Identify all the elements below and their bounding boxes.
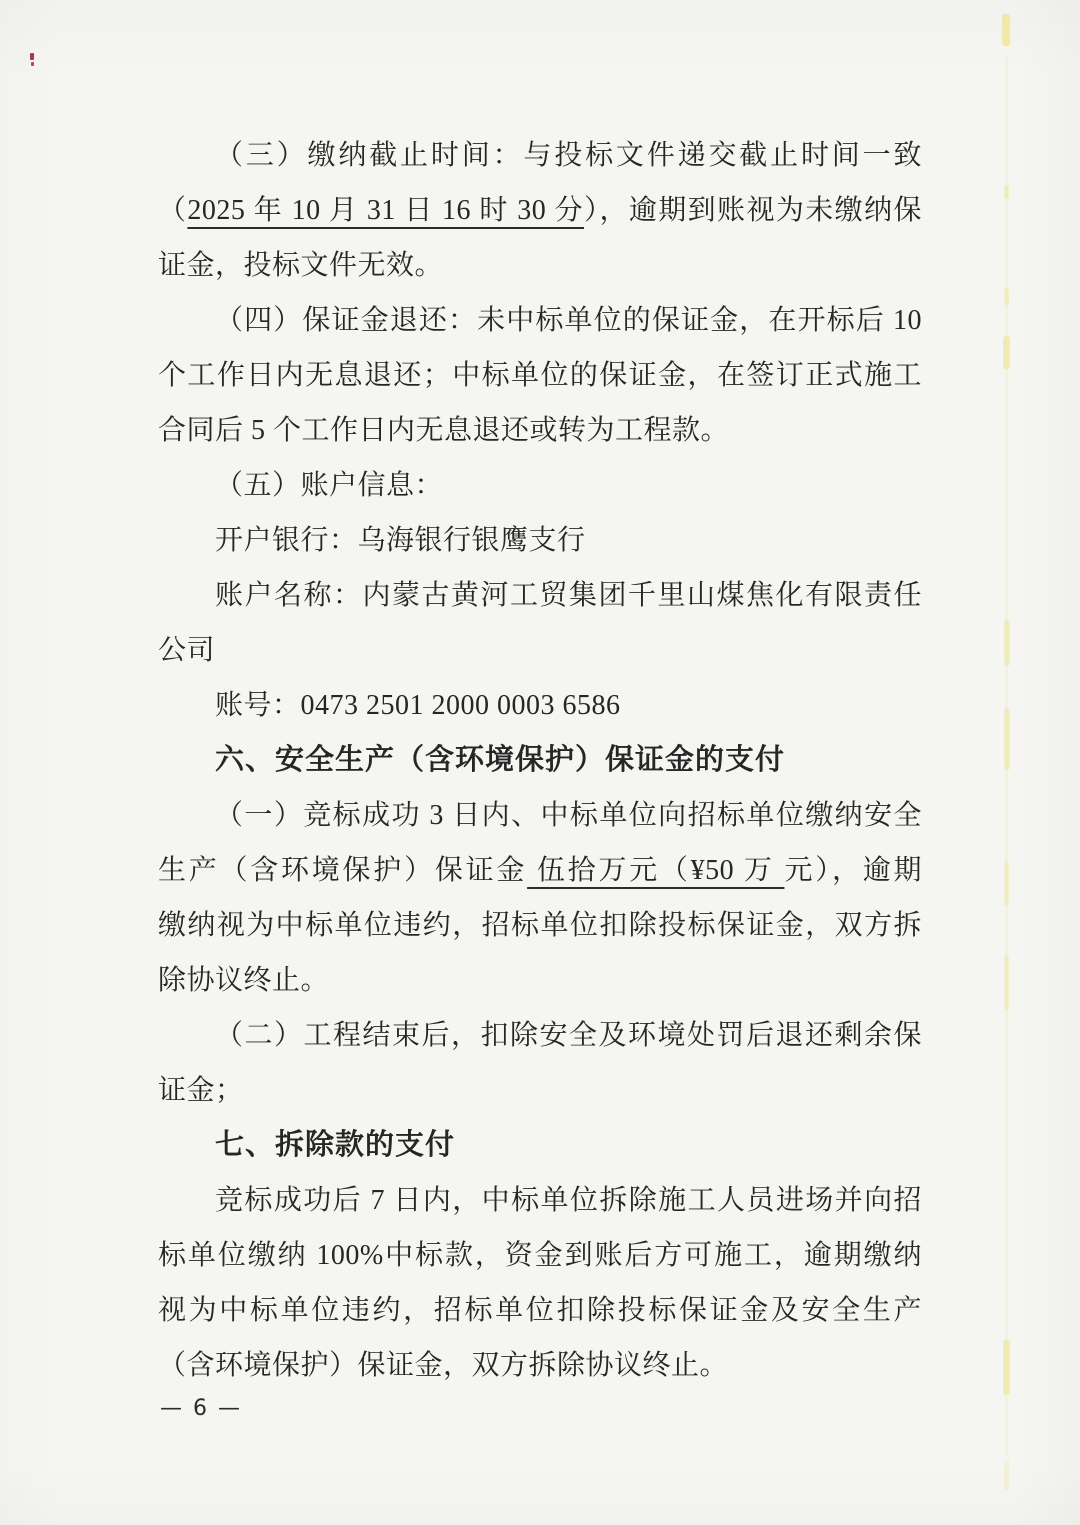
yellow-streak [1004, 708, 1010, 770]
yellow-streak [1005, 55, 1008, 1455]
heading-section-six: 六、安全生产（含环境保护）保证金的支付 [158, 733, 922, 788]
yellow-streak [1003, 336, 1010, 369]
yellow-streak [1004, 955, 1009, 1011]
text-line: 公司 [158, 623, 922, 678]
text-line: 除协议终止。 [158, 953, 922, 1008]
text-line: 证金； [158, 1063, 922, 1118]
account-number-line: 账号：0473 2501 2000 0003 6586 [158, 678, 922, 733]
text-line: 证金，投标文件无效。 [158, 238, 922, 293]
text-line: 生产（含环境保护）保证金 伍拾万元（¥50 万 元），逾期 [158, 843, 922, 898]
text-line: 缴纳视为中标单位违约，招标单位扣除投标保证金，双方拆 [158, 898, 922, 953]
text-line: 标单位缴纳 100%中标款，资金到账后方可施工，逾期缴纳 [158, 1228, 922, 1283]
text-line: （含环境保护）保证金，双方拆除协议终止。 [158, 1338, 922, 1393]
text-line: 个工作日内无息退还；中标单位的保证金，在签订正式施工 [158, 348, 922, 403]
yellow-streak [1004, 620, 1010, 666]
text-line: 账户名称：内蒙古黄河工贸集团千里山煤焦化有限责任 [158, 568, 922, 623]
heading-section-seven: 七、拆除款的支付 [158, 1118, 922, 1173]
yellow-streak [1004, 185, 1009, 199]
text-line: 开户银行：乌海银行银鹰支行 [158, 513, 922, 568]
text-segment: 元），逾期 [784, 855, 922, 886]
page-number: — 6 — [160, 1394, 242, 1424]
text-segment: ），逾期到账视为未缴纳保 [584, 195, 922, 226]
text-line: （2025 年 10 月 31 日 16 时 30 分），逾期到账视为未缴纳保 [158, 183, 922, 238]
document-body: （三）缴纳截止时间：与投标文件递交截止时间一致 （2025 年 10 月 31 … [158, 128, 922, 1393]
text-segment: （ [158, 195, 187, 226]
document-page: { "page": { "paper_color": "#f5f5f2", "i… [0, 0, 1080, 1525]
text-line: （一）竞标成功 3 日内、中标单位向招标单位缴纳安全 [158, 788, 922, 843]
text-line: （二）工程结束后，扣除安全及环境处罚后退还剩余保 [158, 1008, 922, 1063]
yellow-streak [1004, 1460, 1009, 1490]
text-line: （三）缴纳截止时间：与投标文件递交截止时间一致 [158, 128, 922, 183]
underline-date: 2025 年 10 月 31 日 16 时 30 分 [187, 195, 584, 226]
text-segment: 生产（含环境保护）保证金 [158, 855, 527, 886]
yellow-streak [1002, 14, 1010, 46]
yellow-streak [1004, 860, 1009, 906]
red-pen-mark [31, 62, 34, 66]
text-line: 视为中标单位违约，招标单位扣除投标保证金及安全生产 [158, 1283, 922, 1338]
text-line: （四）保证金退还：未中标单位的保证金，在开标后 10 [158, 293, 922, 348]
text-line: 竞标成功后 7 日内，中标单位拆除施工人员进场并向招 [158, 1173, 922, 1228]
text-line: （五）账户信息： [158, 458, 922, 513]
yellow-streak [1004, 288, 1009, 305]
red-pen-mark [30, 53, 34, 60]
yellow-streak [1003, 1340, 1010, 1395]
underline-amount: 伍拾万元（¥50 万 [527, 855, 784, 886]
text-line: 合同后 5 个工作日内无息退还或转为工程款。 [158, 403, 922, 458]
